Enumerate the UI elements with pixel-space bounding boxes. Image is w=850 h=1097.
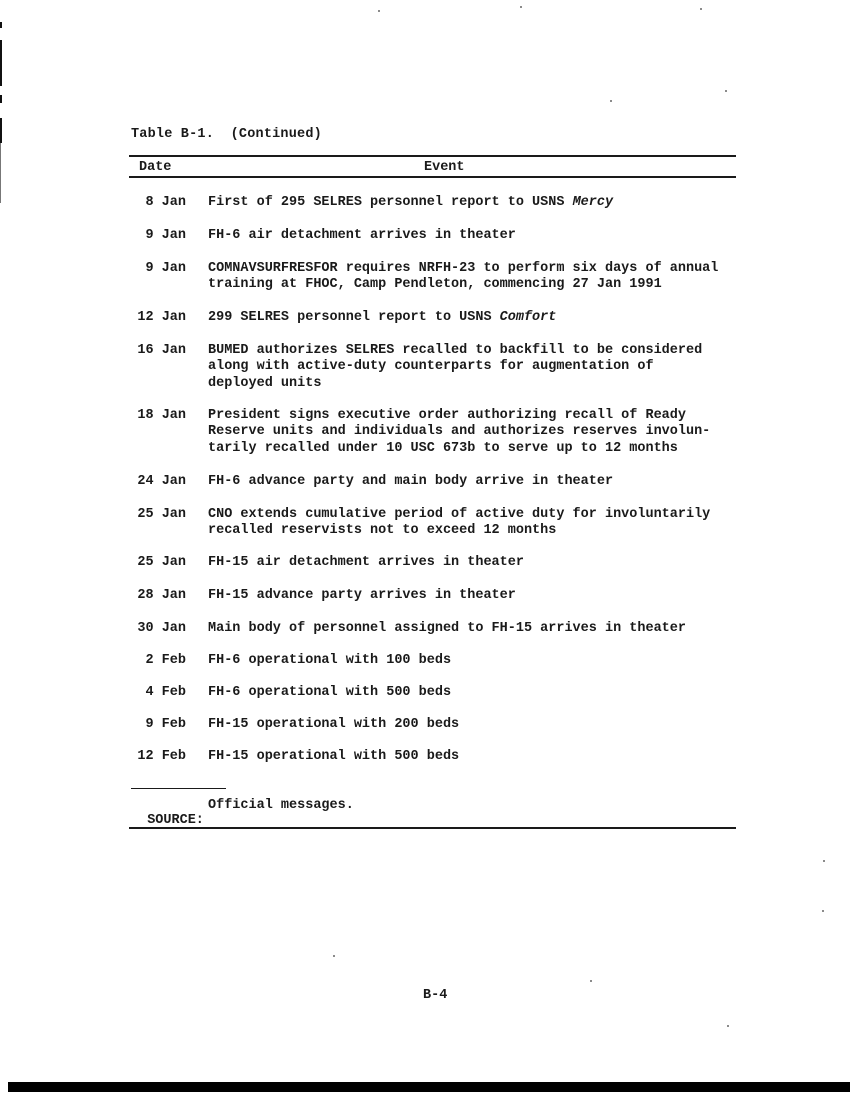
row-date: 4 Feb <box>131 685 186 701</box>
table-header-rule <box>129 176 736 178</box>
scan-bottom-bar <box>8 1082 850 1092</box>
row-date: 25 Jan <box>131 555 186 571</box>
row-date: 2 Feb <box>131 653 186 669</box>
row-event: CNO extends cumulative period of active … <box>208 507 748 540</box>
ship-name: Comfort <box>500 310 557 325</box>
row-event: 299 SELRES personnel report to USNS Comf… <box>208 310 748 326</box>
source-separator <box>131 788 226 789</box>
source-text: Official messages. <box>208 798 354 813</box>
scan-edge-mark <box>0 40 2 86</box>
row-event: FH-6 operational with 100 beds <box>208 653 748 669</box>
ship-name: Mercy <box>573 195 614 210</box>
scan-edge-mark <box>0 143 1 203</box>
row-date: 25 Jan <box>131 507 186 523</box>
scan-edge-mark <box>0 118 2 143</box>
row-event: FH-6 operational with 500 beds <box>208 685 748 701</box>
row-date: 12 Feb <box>131 749 186 765</box>
row-event: Main body of personnel assigned to FH-15… <box>208 621 748 637</box>
row-event: BUMED authorizes SELRES recalled to back… <box>208 343 748 392</box>
scan-speck <box>700 8 702 10</box>
row-date: 24 Jan <box>131 474 186 490</box>
scan-speck <box>823 860 825 862</box>
scan-speck <box>520 6 522 8</box>
row-event: FH-6 air detachment arrives in theater <box>208 228 748 244</box>
page-number: B-4 <box>423 988 447 1003</box>
column-header-event: Event <box>424 160 465 175</box>
scan-edge-mark <box>0 95 2 103</box>
column-header-date: Date <box>139 160 171 175</box>
row-event: FH-15 advance party arrives in theater <box>208 588 748 604</box>
row-event: FH-15 air detachment arrives in theater <box>208 555 748 571</box>
scan-speck <box>725 90 727 92</box>
row-date: 9 Jan <box>131 261 186 277</box>
row-date: 30 Jan <box>131 621 186 637</box>
scan-speck <box>333 955 335 957</box>
scan-speck <box>378 10 380 12</box>
row-date: 12 Jan <box>131 310 186 326</box>
scan-edge-mark <box>0 22 2 28</box>
row-event: FH-15 operational with 200 beds <box>208 717 748 733</box>
row-date: 28 Jan <box>131 588 186 604</box>
source-label: SOURCE: <box>147 813 204 828</box>
row-date: 9 Jan <box>131 228 186 244</box>
source-note: SOURCE: Official messages. <box>131 798 204 843</box>
scan-speck <box>822 910 824 912</box>
row-event: FH-6 advance party and main body arrive … <box>208 474 748 490</box>
row-date: 8 Jan <box>131 195 186 211</box>
table-bottom-rule <box>129 827 736 829</box>
row-event: President signs executive order authoriz… <box>208 408 748 457</box>
row-date: 18 Jan <box>131 408 186 424</box>
scan-speck <box>727 1025 729 1027</box>
row-event: COMNAVSURFRESFOR requires NRFH-23 to per… <box>208 261 748 294</box>
table-header: Date Event <box>131 159 736 175</box>
table-top-rule <box>129 155 736 157</box>
row-event: FH-15 operational with 500 beds <box>208 749 748 765</box>
row-event: First of 295 SELRES personnel report to … <box>208 195 748 211</box>
row-date: 16 Jan <box>131 343 186 359</box>
scan-speck <box>590 980 592 982</box>
scan-speck <box>610 100 612 102</box>
table-caption: Table B-1. (Continued) <box>131 127 322 142</box>
row-date: 9 Feb <box>131 717 186 733</box>
